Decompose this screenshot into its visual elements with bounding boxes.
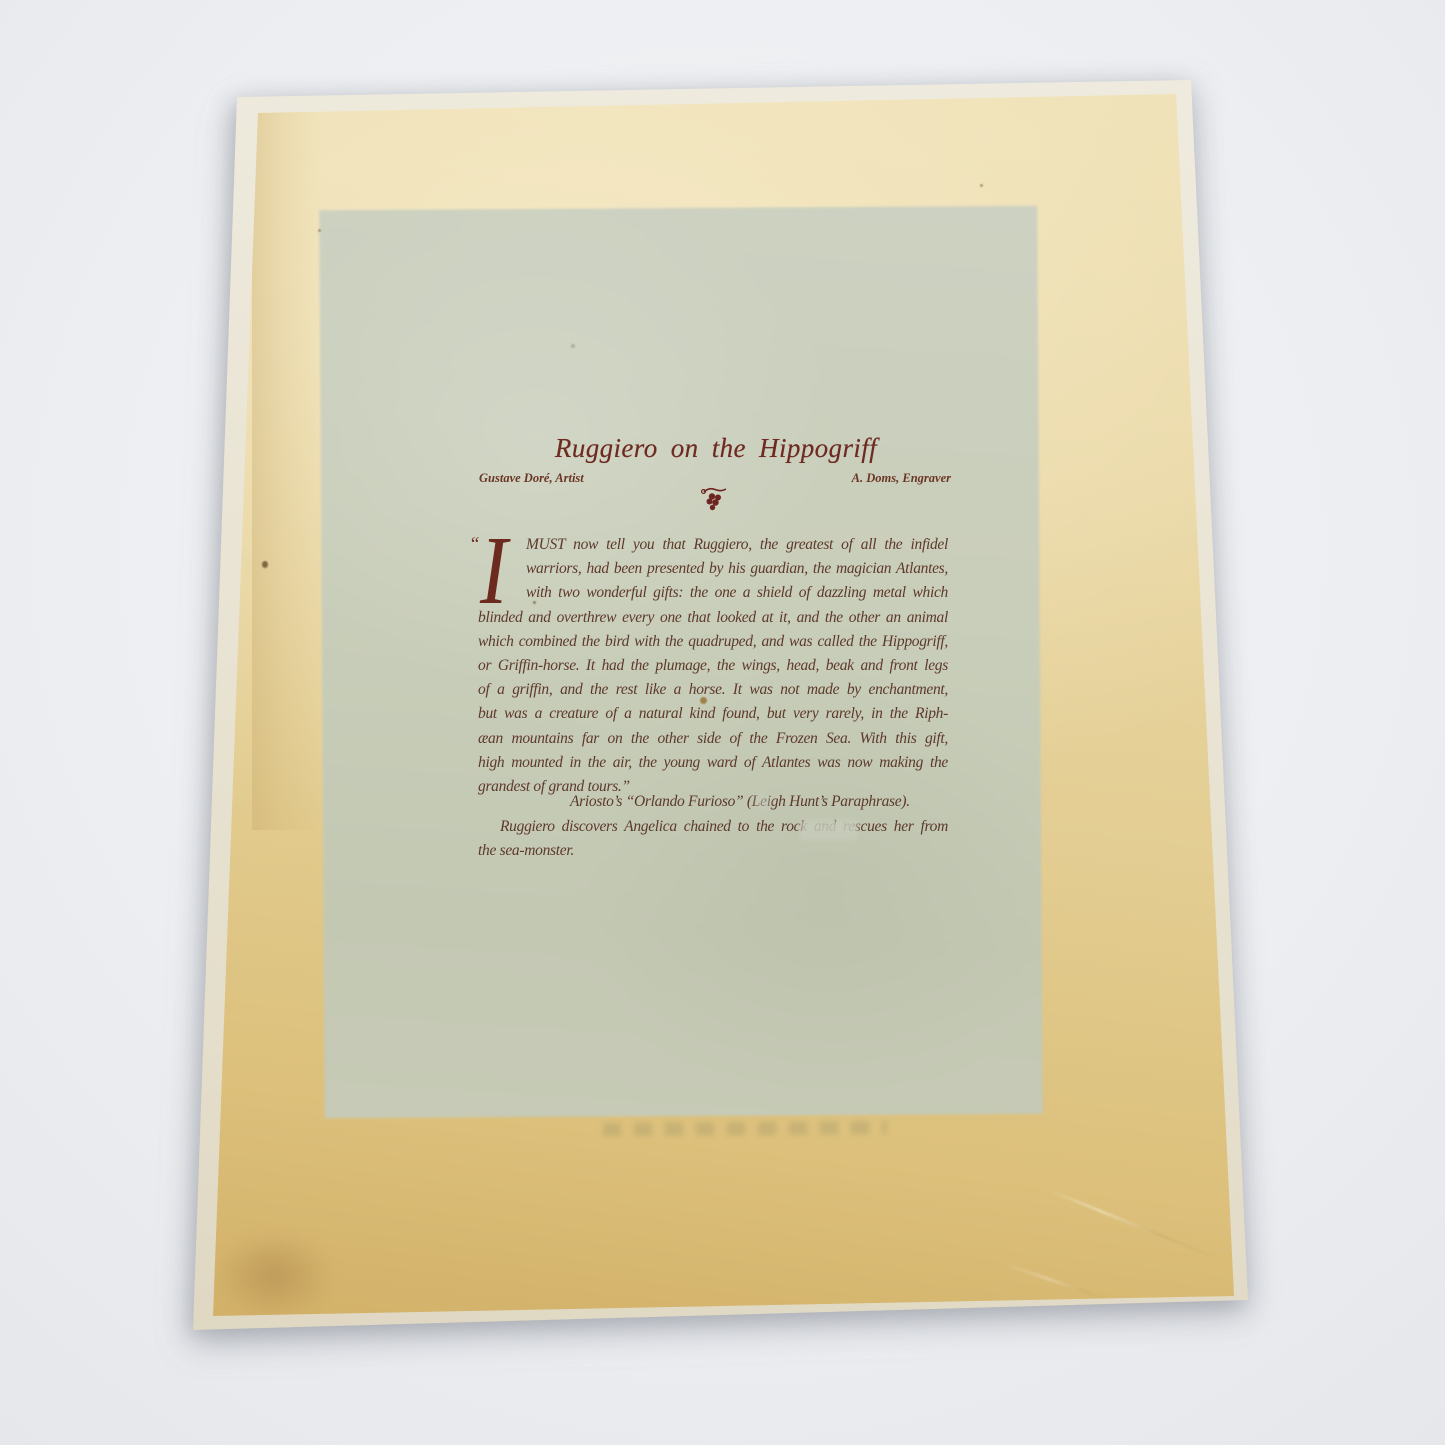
sheet-stack: Ruggiero on the Hippogriff Gustave Doré,… — [0, 0, 1445, 1445]
attribution-line: Ariosto’s “Orlando Furioso” (Leigh Hunt’… — [478, 790, 948, 814]
text-line: but was a creature of a natural kind fou… — [478, 702, 948, 726]
excerpt-paragraph: “ I MUST now tell you that Ruggiero, the… — [478, 533, 948, 799]
paragraph-lines: MUST now tell you that Ruggiero, the gre… — [478, 533, 948, 799]
closing-lines: Ruggiero discovers Angelica chained to t… — [478, 815, 948, 863]
closing-note: Ruggiero discovers Angelica chained to t… — [478, 815, 948, 863]
text-line: or Griffin-horse. It had the plumage, th… — [478, 654, 948, 678]
faded-ink-patch — [755, 793, 770, 809]
faded-ink-patch — [800, 820, 858, 840]
text-line: blinded and overthrew every one that loo… — [478, 606, 948, 630]
product-photo: Ruggiero on the Hippogriff Gustave Doré,… — [0, 0, 1445, 1445]
text-line: with two wonderful gifts: the one a shie… — [478, 581, 948, 605]
text-line: warriors, had been presented by his guar… — [478, 557, 948, 581]
text-line: MUST now tell you that Ruggiero, the gre… — [478, 533, 948, 557]
text-line: which combined the bird with the quadrup… — [478, 630, 948, 654]
engraver-credit: A. Doms, Engraver — [852, 470, 951, 486]
grape-sprig-icon — [699, 484, 729, 514]
text-line: æan mountains far on the other side of t… — [478, 727, 948, 751]
text-line: Ruggiero discovers Angelica chained to t… — [478, 815, 948, 839]
text-line: high mounted in the air, the young ward … — [478, 751, 948, 775]
text-line: of a griffin, and the rest like a horse.… — [478, 678, 948, 702]
page-title: Ruggiero on the Hippogriff — [481, 430, 951, 466]
drop-cap: I — [480, 536, 507, 606]
opening-quote-mark: “ — [469, 534, 479, 556]
artist-credit: Gustave Doré, Artist — [479, 470, 584, 486]
